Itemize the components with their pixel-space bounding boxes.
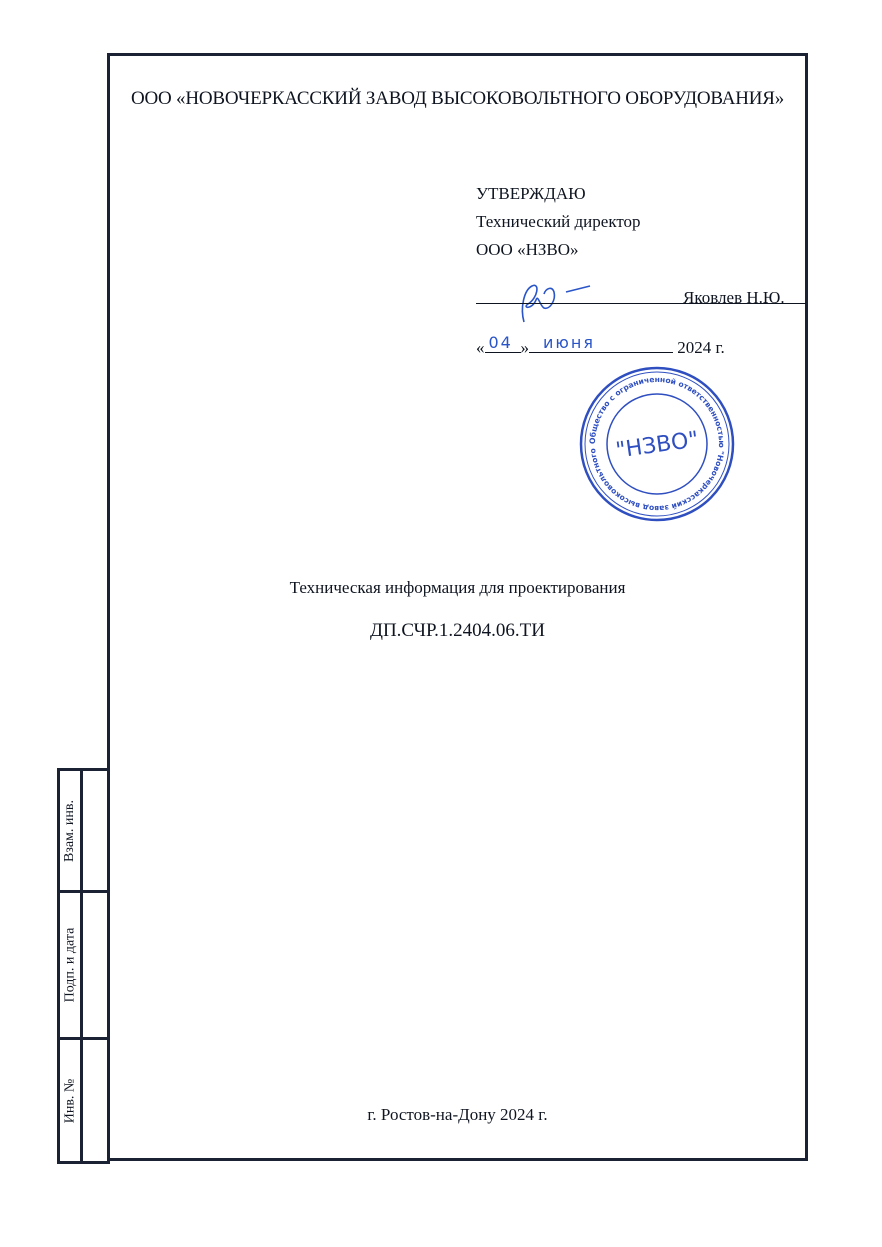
approval-heading: УТВЕРЖДАЮ (476, 180, 641, 208)
date-year: 2024 г. (677, 338, 725, 357)
organization-title: ООО «НОВОЧЕРКАССКИЙ ЗАВОД ВЫСОКОВОЛЬТНОГ… (107, 88, 808, 110)
signer-name: Яковлев Н.Ю. (683, 288, 785, 308)
date-month-field: июня (529, 334, 673, 353)
company-seal-icon: Общество с ограниченной ответственностью… (577, 366, 737, 522)
date-open-quote: « (476, 338, 485, 357)
approval-block: УТВЕРЖДАЮ Технический директор ООО «НЗВО… (476, 180, 641, 264)
date-day-field: 04 (485, 334, 521, 353)
inventory-number-text: Инв. № (62, 1078, 78, 1123)
svg-text:"НЗВО": "НЗВО" (614, 427, 700, 463)
document-title: Техническая информация для проектировани… (107, 578, 808, 598)
replace-inventory-label: Взам. инв. (60, 771, 80, 890)
strip-column-divider (80, 771, 83, 1161)
approval-date: «04»июня 2024 г. (476, 334, 725, 358)
signature-date-label: Подп. и дата (60, 893, 80, 1037)
approver-position: Технический директор (476, 208, 641, 236)
date-month-handwritten: июня (543, 333, 595, 352)
side-stamp-strip: Взам. инв. Подп. и дата Инв. № (57, 768, 110, 1164)
signature-date-text: Подп. и дата (62, 928, 78, 1003)
date-close-quote: » (521, 338, 530, 357)
date-day-handwritten: 04 (489, 333, 513, 352)
document-code: ДП.СЧР.1.2404.06.ТИ (107, 620, 808, 642)
replace-inventory-text: Взам. инв. (62, 799, 78, 861)
document-frame (107, 53, 808, 1161)
city-year: г. Ростов-на-Дону 2024 г. (107, 1105, 808, 1125)
inventory-number-label: Инв. № (60, 1040, 80, 1161)
approver-company: ООО «НЗВО» (476, 236, 641, 264)
